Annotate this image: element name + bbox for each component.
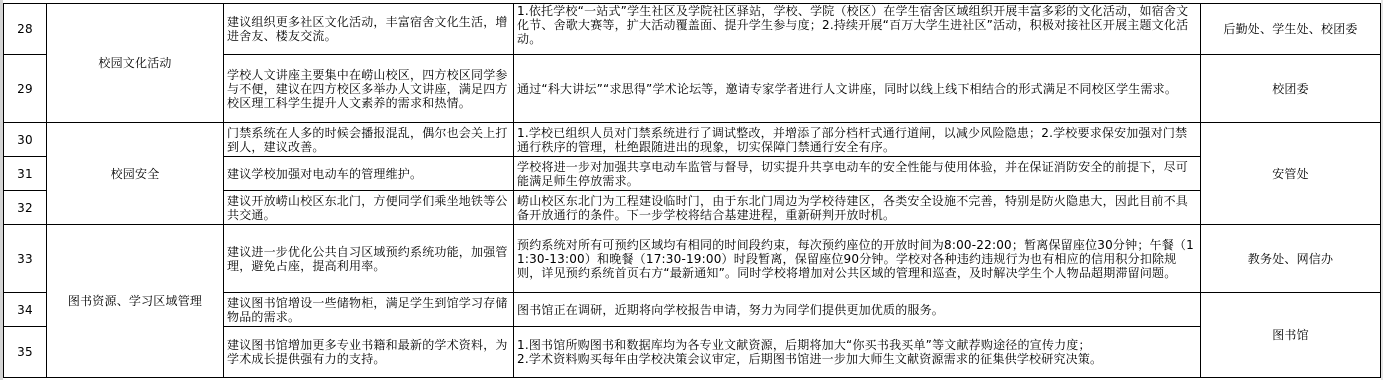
response-text: 1.依托学校“一站式”学生社区及学院社区驿站，学校、学院（校区）在学生宿舍区域组… [517,4,1198,46]
department-cell[interactable]: 教务处、网信办 [1201,225,1381,293]
department-label: 图书馆 [1272,328,1309,342]
response-cell[interactable]: 图书馆正在调研，近期将向学校报告申请，努力为同学们提供更加优质的服务。 [514,293,1201,327]
suggestion-text: 建议图书馆增设一些储物柜，满足学生到馆学习存储物品的需求。 [227,296,511,324]
row-number-cell[interactable]: 33 [3,225,47,293]
response-cell[interactable]: 预约系统对所有可预约区域均有相同的时间段约束，每次预约座位的开放时间为8:00-… [514,225,1201,293]
suggestion-text: 建议开放崂山校区东北门，方便同学们乘坐地铁等公共交通。 [227,194,511,222]
suggestion-cell[interactable]: 建议组织更多社区文化活动，丰富宿舍文化生活，增进舍友、楼友交流。 [224,3,514,55]
row-number-cell[interactable]: 28 [3,3,47,55]
response-cell[interactable]: 1.依托学校“一站式”学生社区及学院社区驿站，学校、学院（校区）在学生宿舍区域组… [514,3,1201,55]
suggestion-cell[interactable]: 建议图书馆增设一些储物柜，满足学生到馆学习存储物品的需求。 [224,293,514,327]
department-label: 校团委 [1272,82,1309,96]
spreadsheet: 28 29 30 31 32 33 34 35 校园文化活动 校园安全 图书资源… [0,0,1383,380]
suggestion-cell[interactable]: 建议开放崂山校区东北门，方便同学们乘坐地铁等公共交通。 [224,191,514,225]
response-cell[interactable]: 通过“科大讲坛”“求思得”学术论坛等，邀请专家学者进行人文讲座，同时以线上线下相… [514,55,1201,123]
row-number: 31 [17,167,33,181]
suggestion-text: 门禁系统在人多的时候会播报混乱，偶尔也会关上打到人，建议改善。 [227,126,511,154]
response-text: 学校将进一步对加强共享电动车监管与督导，切实提升共享电动车的安全性能与使用体验，… [517,160,1198,188]
row-number-cell[interactable]: 34 [3,293,47,327]
department-cell[interactable]: 后勤处、学生处、校团委 [1201,3,1381,55]
suggestion-text: 学校人文讲座主要集中在崂山校区，四方校区同学参与不便，建议在四方校区多举办人文讲… [227,68,511,110]
category-label: 校园文化活动 [98,56,171,70]
row-number-cell[interactable]: 31 [3,157,47,191]
suggestion-cell[interactable]: 建议学校加强对电动车的管理维护。 [224,157,514,191]
row-number: 35 [17,345,33,359]
row-number-cell[interactable]: 29 [3,55,47,123]
row-number: 33 [17,252,33,266]
response-line: 2.学术资料购买每年由学校决策会议审定，后期图书馆进一步加大师生文献资源需求的征… [517,352,1102,366]
department-cell[interactable]: 图书馆 [1201,293,1381,378]
response-cell[interactable]: 崂山校区东北门为工程建设临时门，由于东北门周边为学校待建区，各类安全设施不完善，… [514,191,1201,225]
row-number: 29 [17,82,33,96]
row-number: 28 [17,22,33,36]
suggestion-text: 建议组织更多社区文化活动，丰富宿舍文化生活，增进舍友、楼友交流。 [227,15,511,43]
department-label: 后勤处、学生处、校团委 [1223,22,1357,36]
department-cell[interactable]: 安管处 [1201,123,1381,225]
department-label: 教务处、网信办 [1248,252,1333,266]
suggestion-cell[interactable]: 学校人文讲座主要集中在崂山校区，四方校区同学参与不便，建议在四方校区多举办人文讲… [224,55,514,123]
suggestion-text: 建议图书馆增加更多专业书籍和最新的学术资料，为学术成长提供强有力的支持。 [227,338,511,366]
response-text: 崂山校区东北门为工程建设临时门，由于东北门周边为学校待建区，各类安全设施不完善，… [517,194,1198,222]
row-number: 34 [17,303,33,317]
response-text: 图书馆正在调研，近期将向学校报告申请，努力为同学们提供更加优质的服务。 [517,303,944,317]
suggestion-text: 建议进一步优化公共自习区域预约系统功能，加强管理，避免占座，提高利用率。 [227,245,511,273]
department-cell[interactable]: 校团委 [1201,55,1381,123]
category-cell[interactable]: 校园文化活动 [47,3,224,123]
suggestion-text: 建议学校加强对电动车的管理维护。 [227,167,422,181]
response-cell[interactable]: 学校将进一步对加强共享电动车监管与督导，切实提升共享电动车的安全性能与使用体验，… [514,157,1201,191]
suggestion-cell[interactable]: 建议图书馆增加更多专业书籍和最新的学术资料，为学术成长提供强有力的支持。 [224,327,514,378]
response-line: 1.图书馆所购图书和数据库均为各专业文献资源，后期将加大“你买书我买单”等文献荐… [517,338,1102,352]
row-number-cell[interactable]: 30 [3,123,47,157]
suggestion-cell[interactable]: 门禁系统在人多的时候会播报混乱，偶尔也会关上打到人，建议改善。 [224,123,514,157]
row-number-cell[interactable]: 35 [3,327,47,378]
response-text: 1.学校已组织人员对门禁系统进行了调试整改，并增添了部分档杆式通行道闸，以减少风… [517,126,1198,154]
response-text: 预约系统对所有可预约区域均有相同的时间段约束，每次预约座位的开放时间为8:00-… [517,238,1198,280]
response-cell[interactable]: 1.学校已组织人员对门禁系统进行了调试整改，并增添了部分档杆式通行道闸，以减少风… [514,123,1201,157]
response-cell[interactable]: 1.图书馆所购图书和数据库均为各专业文献资源，后期将加大“你买书我买单”等文献荐… [514,327,1201,378]
department-label: 安管处 [1272,167,1309,181]
row-number: 30 [17,133,33,147]
response-text: 1.图书馆所购图书和数据库均为各专业文献资源，后期将加大“你买书我买单”等文献荐… [517,338,1102,366]
category-cell[interactable]: 图书资源、学习区域管理 [47,225,224,378]
response-text: 通过“科大讲坛”“求思得”学术论坛等，邀请专家学者进行人文讲座，同时以线上线下相… [517,82,1177,96]
category-label: 校园安全 [111,167,160,181]
row-number-cell[interactable]: 32 [3,191,47,225]
row-number: 32 [17,201,33,215]
category-cell[interactable]: 校园安全 [47,123,224,225]
suggestion-cell[interactable]: 建议进一步优化公共自习区域预约系统功能，加强管理，避免占座，提高利用率。 [224,225,514,293]
category-label: 图书资源、学习区域管理 [68,294,202,308]
